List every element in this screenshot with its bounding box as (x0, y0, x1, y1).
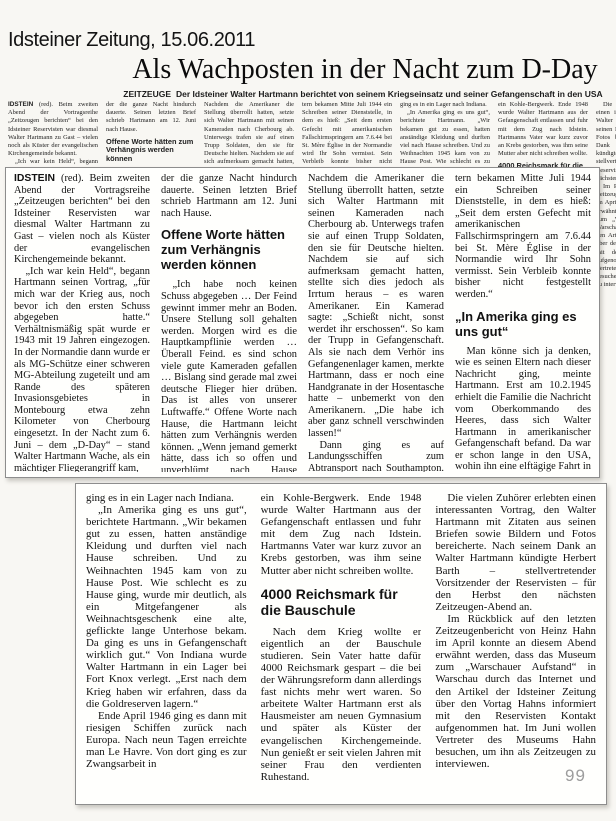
article-paragraph: tern bekamen Mitte Juli 1944 ein Schreib… (302, 101, 392, 175)
article-paragraph: Die vielen Zuhörer erlebten einen intere… (435, 492, 596, 613)
article-paragraph: Nachdem die Amerikaner die Stellung über… (308, 173, 444, 440)
article-column: Die vielen Zuhörer erlebten einen intere… (435, 492, 596, 796)
article-paragraph: Nach dem Krieg wollte er eigentlich an d… (261, 626, 422, 783)
article-column: ging es in ein Lager nach Indiana.„In Am… (86, 492, 247, 796)
article-column: IDSTEIN (red). Beim zweiten Abend der Vo… (14, 173, 150, 472)
enlarged-clipping-top: IDSTEIN (red). Beim zweiten Abend der Vo… (5, 167, 600, 478)
article-lead-word: IDSTEIN (14, 173, 61, 184)
article-column: Nachdem die Amerikaner die Stellung über… (308, 173, 444, 472)
article-lead-word: IDSTEIN (8, 101, 39, 108)
article-paragraph: „Ich war kein Held“, begann Hartmann sei… (14, 266, 150, 472)
article-subhead: Offene Worte hätten zum Verhängnis werde… (161, 227, 297, 272)
article-subhead: 4000 Reichsmark für die Bauschule (261, 586, 422, 618)
article-kicker: ZEITZEUGE (123, 89, 171, 99)
article-paragraph: Ende April 1946 ging es dann mit riesige… (86, 710, 247, 770)
enlarged-clipping-bottom: ging es in ein Lager nach Indiana.„In Am… (75, 483, 607, 805)
article-paragraph: Man könne sich ja denken, wie es seinen … (455, 346, 591, 472)
article-subhead: Offene Worte hätten zum Verhängnis werde… (106, 138, 196, 164)
article-paragraph: ein Kohle-Bergwerk. Ende 1948 wurde Walt… (261, 492, 422, 577)
article-paragraph: IDSTEIN (red). Beim zweiten Abend der Vo… (8, 101, 98, 158)
source-label: Idsteiner Zeitung, 15.06.2011 (8, 29, 255, 52)
article-paragraph: Im Rückblick auf den letzten Zeitzeugenb… (435, 613, 596, 770)
article-subtitle: Der Idsteiner Walter Hartmann berichtet … (176, 89, 603, 99)
article-paragraph: ging es in ein Lager nach Indiana. (400, 101, 490, 109)
article-paragraph: IDSTEIN (red). Beim zweiten Abend der Vo… (14, 173, 150, 266)
article-subtitle-row: ZEITZEUGEDer Idsteiner Walter Hartmann b… (118, 89, 608, 99)
article-headline: Als Wachposten in der Nacht zum D-Day (118, 54, 612, 86)
article-paragraph: Dann ging es auf Landungsschiffen zum Ab… (308, 440, 444, 472)
article-paragraph: der die ganze Nacht hindurch dauerte. Se… (161, 173, 297, 219)
article-column: der die ganze Nacht hindurch dauerte. Se… (161, 173, 297, 472)
scanned-newspaper-page: Idsteiner Zeitung, 15.06.2011 Als Wachpo… (0, 0, 616, 821)
article-paragraph: tern bekamen Mitte Juli 1944 ein Schreib… (455, 173, 591, 301)
article-column: tern bekamen Mitte Juli 1944 ein Schreib… (455, 173, 591, 472)
article-paragraph: „Ich habe noch keinen Schuss abgegeben …… (161, 279, 297, 472)
article-column: ein Kohle-Bergwerk. Ende 1948 wurde Walt… (261, 492, 422, 796)
article-paragraph: ging es in ein Lager nach Indiana. (86, 492, 247, 504)
page-number: 99 (565, 766, 586, 786)
article-paragraph: „In Amerika ging es uns gut“, berichtete… (86, 504, 247, 710)
article-paragraph: ein Kohle-Bergwerk. Ende 1948 wurde Walt… (498, 101, 588, 158)
article-subhead: „In Amerika ging es uns gut“ (455, 309, 591, 339)
article-paragraph: der die ganze Nacht hindurch dauerte. Se… (106, 101, 196, 134)
